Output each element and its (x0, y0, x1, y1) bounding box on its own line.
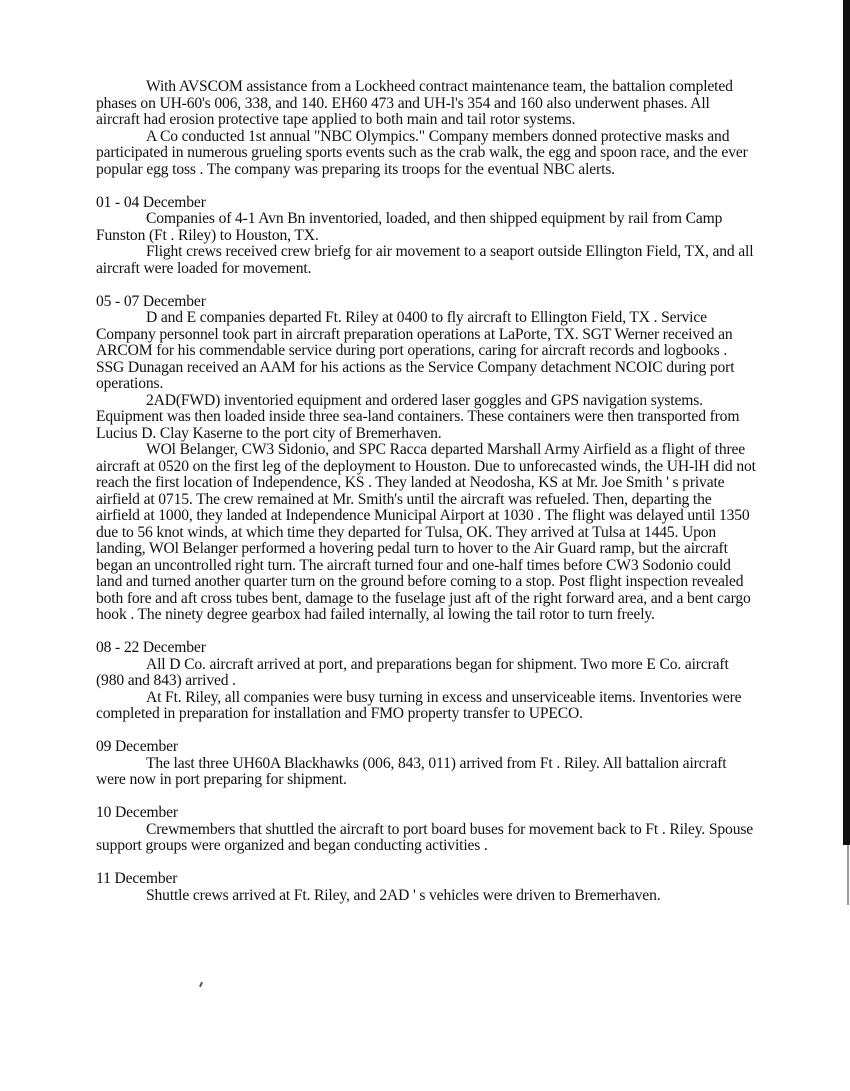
section-09-december: 09 December The last three UH60A Blackha… (96, 739, 756, 789)
intro-paragraph: With AVSCOM assistance from a Lockheed c… (96, 79, 756, 129)
scanned-page: With AVSCOM assistance from a Lockheed c… (0, 0, 850, 1091)
intro-paragraph: A Co conducted 1st annual "NBC Olympics.… (96, 129, 756, 179)
scan-edge-line (847, 845, 849, 905)
section-paragraph: WOl Belanger, CW3 Sidonio, and SPC Racca… (96, 442, 756, 624)
section-05-07-december: 05 - 07 December D and E companies depar… (96, 294, 756, 624)
section-paragraph: 2AD(FWD) inventoried equipment and order… (96, 393, 756, 443)
scan-edge-shadow (843, 0, 850, 845)
section-paragraph: At Ft. Riley, all companies were busy tu… (96, 690, 756, 723)
section-10-december: 10 December Crewmembers that shuttled th… (96, 805, 756, 855)
section-paragraph: Shuttle crews arrived at Ft. Riley, and … (96, 888, 756, 905)
document-body: With AVSCOM assistance from a Lockheed c… (96, 79, 756, 904)
section-heading: 09 December (96, 739, 756, 756)
section-paragraph: D and E companies departed Ft. Riley at … (96, 310, 756, 393)
section-08-22-december: 08 - 22 December All D Co. aircraft arri… (96, 640, 756, 723)
section-11-december: 11 December Shuttle crews arrived at Ft.… (96, 871, 756, 904)
scan-artifact-mark (199, 982, 203, 987)
section-heading: 01 - 04 December (96, 195, 756, 212)
section-heading: 05 - 07 December (96, 294, 756, 311)
section-heading: 08 - 22 December (96, 640, 756, 657)
section-paragraph: All D Co. aircraft arrived at port, and … (96, 657, 756, 690)
section-paragraph: Companies of 4-1 Avn Bn inventoried, loa… (96, 211, 756, 244)
section-heading: 11 December (96, 871, 756, 888)
section-paragraph: Flight crews received crew briefg for ai… (96, 244, 756, 277)
section-paragraph: Crewmembers that shuttled the aircraft t… (96, 822, 756, 855)
section-paragraph: The last three UH60A Blackhawks (006, 84… (96, 756, 756, 789)
section-heading: 10 December (96, 805, 756, 822)
section-01-04-december: 01 - 04 December Companies of 4-1 Avn Bn… (96, 195, 756, 278)
